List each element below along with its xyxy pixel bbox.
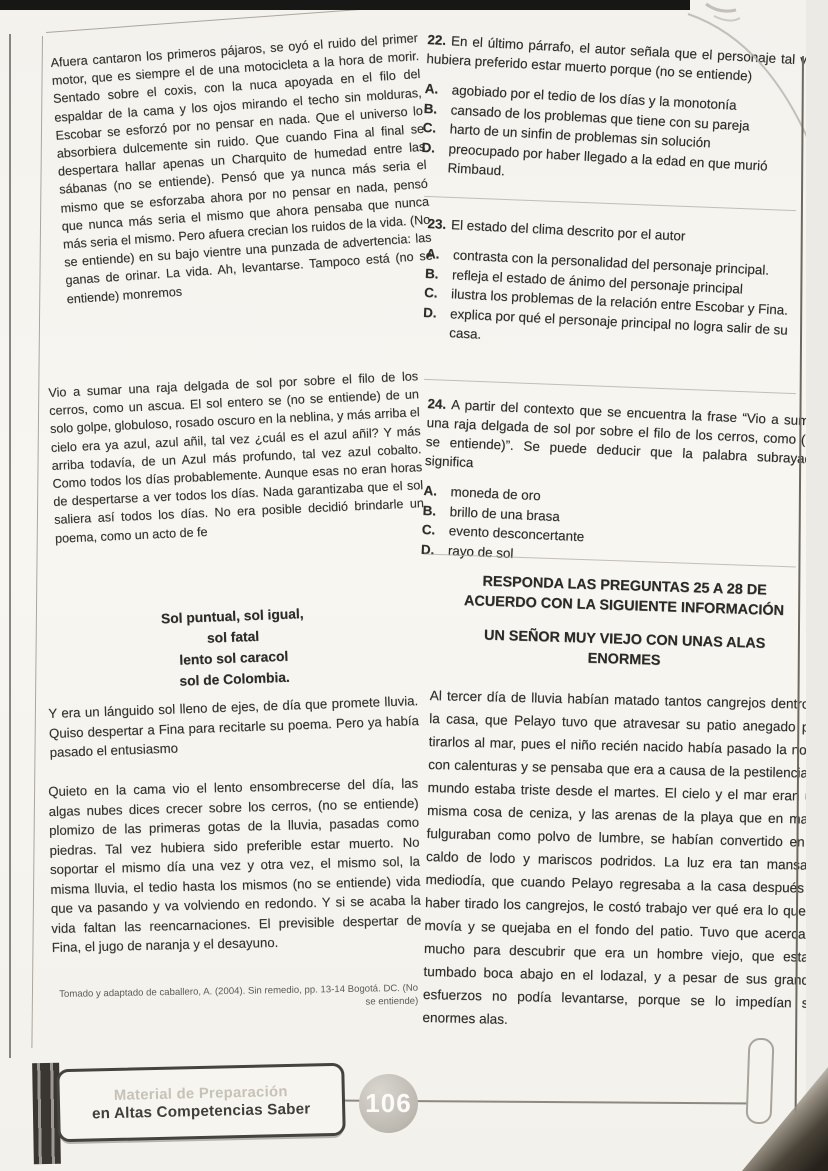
reading-paragraph-3: Y era un lánguido sol lleno de ejes, de … bbox=[48, 691, 420, 762]
page-edge-margin bbox=[806, 0, 828, 1171]
passage-text: Al tercer día de lluvia habían matado ta… bbox=[422, 684, 828, 1038]
reading-paragraph-1: Afuera cantaron los primeros pájaros, se… bbox=[50, 29, 434, 308]
question-number: 23. bbox=[427, 216, 446, 232]
page-curl-arc bbox=[610, 0, 828, 180]
question-separator bbox=[424, 379, 796, 394]
passage-title: UN SEÑOR MUY VIEJO CON UNAS ALAS ENORMES bbox=[431, 624, 818, 675]
footer-brand-box: Material de Preparación en Altas Compete… bbox=[56, 1063, 346, 1143]
question-23-options: A.contrasta con la personalidad del pers… bbox=[422, 244, 820, 361]
question-separator bbox=[424, 196, 796, 211]
reading-paragraph-4: Quieto en la cama vio el lento ensombrec… bbox=[48, 774, 422, 958]
question-number: 22. bbox=[427, 32, 446, 48]
poem: Sol puntual, sol igual, sol fatal lento … bbox=[62, 600, 405, 696]
footer-brand-line2: en Altas Competencias Saber bbox=[92, 1100, 311, 1122]
page-number-badge: 106 bbox=[359, 1074, 418, 1133]
question-number: 24. bbox=[427, 396, 446, 412]
scan-top-edge bbox=[0, 0, 690, 10]
section-instruction: RESPONDA LAS PREGUNTAS 25 A 28 DE ACUERD… bbox=[431, 570, 818, 622]
scan-left-binding-line bbox=[9, 34, 11, 1058]
question-24-options: A.moneda de oro B.brillo de una brasa C.… bbox=[421, 481, 818, 577]
question-24-stem: 24.A partir del contexto que se encuentr… bbox=[425, 394, 822, 488]
question-23: 23.El estado del clima descrito por el a… bbox=[422, 214, 822, 361]
question-24: 24.A partir del contexto que se encuentr… bbox=[421, 394, 822, 577]
page-curl-tab bbox=[746, 1038, 775, 1125]
reading-paragraph-2: Vio a sumar una raja delgada de sol por … bbox=[48, 367, 425, 547]
scanned-test-page: Afuera cantaron los primeros pájaros, se… bbox=[0, 0, 828, 1171]
content-frame-left-line bbox=[31, 36, 43, 1048]
source-citation: Tomado y adaptado de caballero, A. (2004… bbox=[58, 982, 418, 1014]
